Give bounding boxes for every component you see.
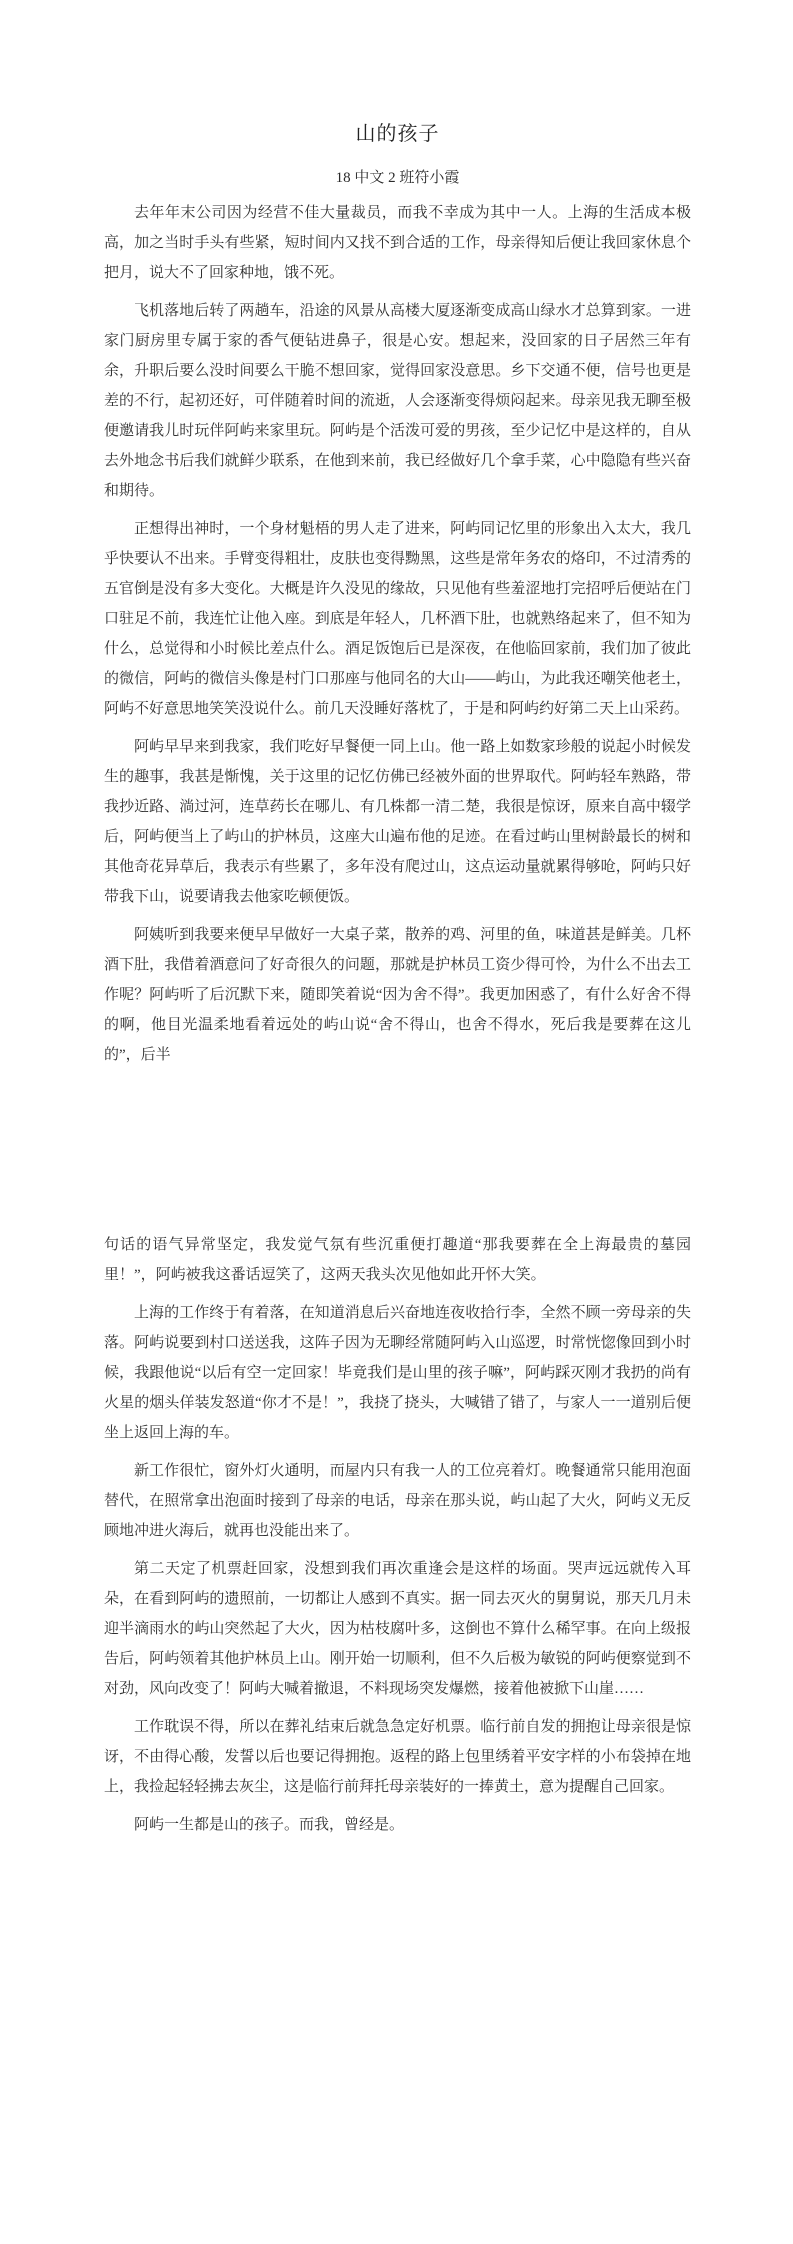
essay-paragraph: 正想得出神时，一个身材魁梧的男人走了进来，阿屿同记忆里的形象出入太大，我几乎快要… bbox=[104, 514, 691, 724]
essay-paragraph: 新工作很忙，窗外灯火通明，而屋内只有我一人的工位亮着灯。晚餐通常只能用泡面替代，… bbox=[104, 1456, 691, 1546]
essay-paragraph-continued: 句话的语气异常坚定，我发觉气氛有些沉重便打趣道“那我要葬在全上海最贵的墓园里！”… bbox=[104, 1230, 691, 1290]
essay-paragraph: 飞机落地后转了两趟车，沿途的风景从高楼大厦逐渐变成高山绿水才总算到家。一进家门厨… bbox=[104, 296, 691, 506]
essay-paragraph: 阿姨听到我要来便早早做好一大桌子菜，散养的鸡、河里的鱼，味道甚是鲜美。几杯酒下肚… bbox=[104, 920, 691, 1070]
essay-byline: 18 中文 2 班符小霞 bbox=[104, 167, 691, 189]
essay-paragraph: 去年年末公司因为经营不佳大量裁员，而我不幸成为其中一人。上海的生活成本极高，加之… bbox=[104, 198, 691, 288]
essay-paragraph: 阿屿早早来到我家，我们吃好早餐便一同上山。他一路上如数家珍般的说起小时候发生的趣… bbox=[104, 732, 691, 912]
essay-paragraph: 工作耽误不得，所以在葬礼结束后就急急定好机票。临行前自发的拥抱让母亲很是惊讶，不… bbox=[104, 1712, 691, 1802]
essay-paragraph: 第二天定了机票赶回家，没想到我们再次重逢会是这样的场面。哭声远远就传入耳朵，在看… bbox=[104, 1554, 691, 1704]
document-page-1: 山的孩子 18 中文 2 班符小霞 去年年末公司因为经营不佳大量裁员，而我不幸成… bbox=[0, 0, 793, 1122]
document-page-2: 句话的语气异常坚定，我发觉气氛有些沉重便打趣道“那我要葬在全上海最贵的墓园里！”… bbox=[0, 1122, 793, 2244]
essay-paragraph: 上海的工作终于有着落，在知道消息后兴奋地连夜收拾行李，全然不顾一旁母亲的失落。阿… bbox=[104, 1298, 691, 1448]
essay-title: 山的孩子 bbox=[104, 120, 691, 148]
essay-paragraph: 阿屿一生都是山的孩子。而我，曾经是。 bbox=[104, 1810, 691, 1840]
